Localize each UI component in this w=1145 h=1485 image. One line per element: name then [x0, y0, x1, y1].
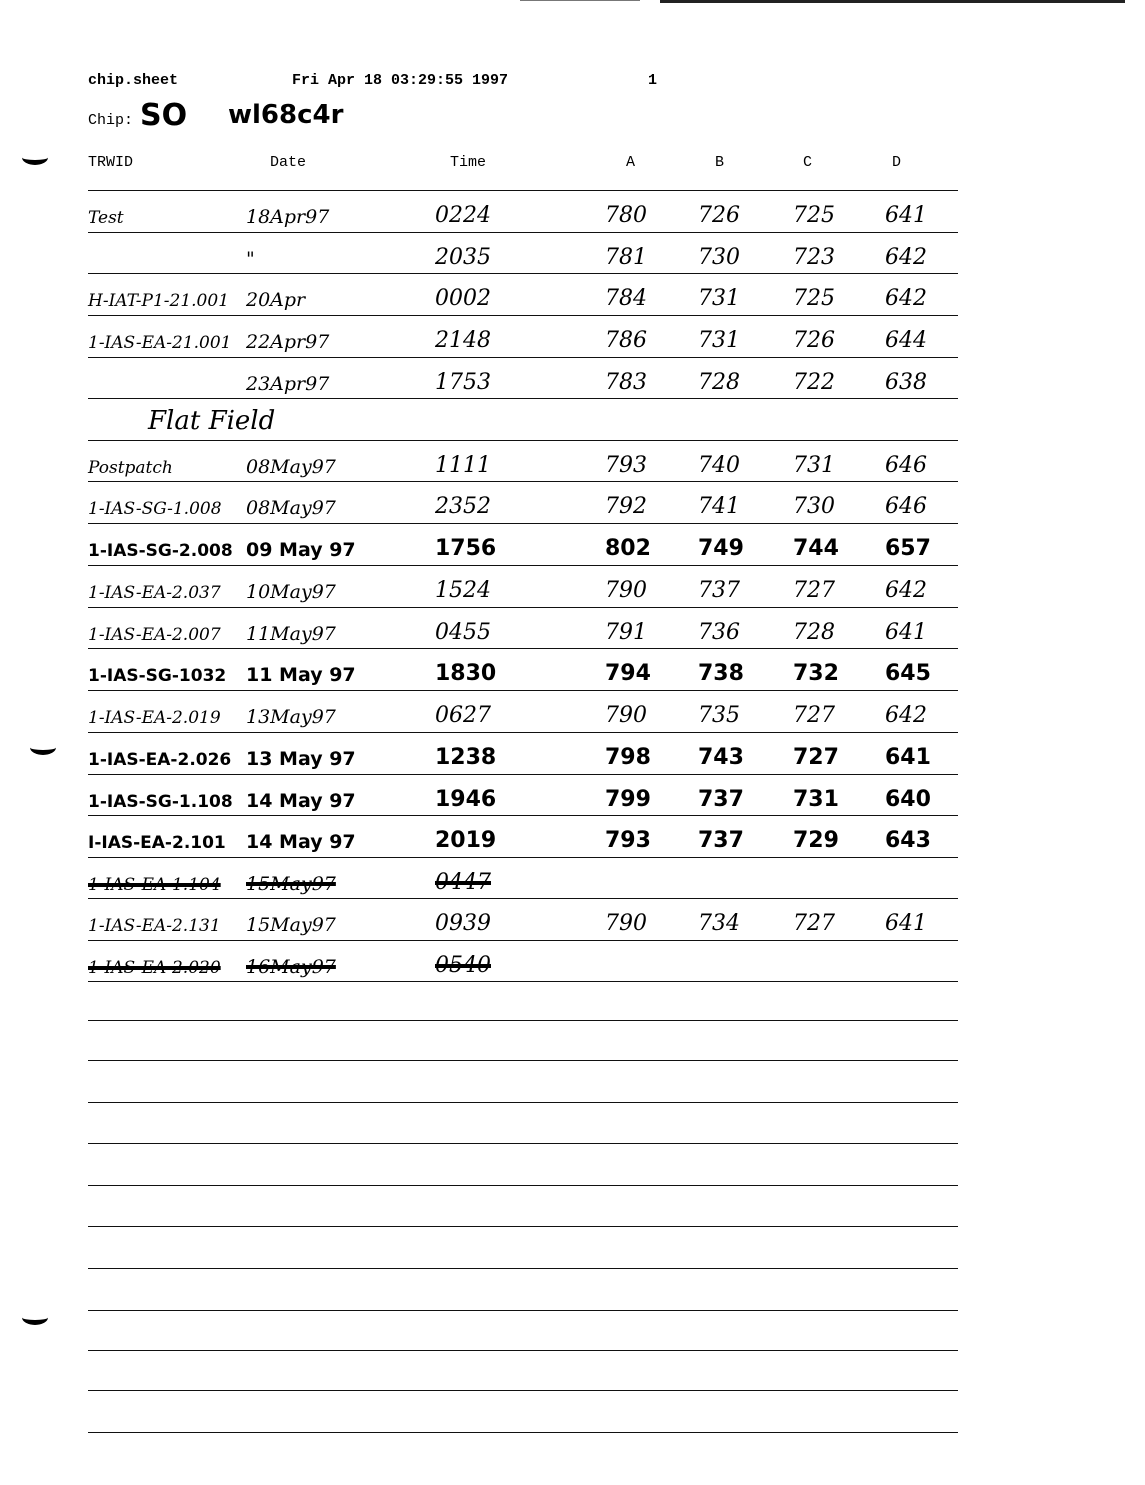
cell-time: 1830 — [435, 661, 496, 686]
cell-trwid: I-IAS-EA-2.101 — [88, 833, 226, 853]
cell-date: 08May97 — [246, 456, 336, 478]
cell-trwid: 1-IAS-EA-1.104 — [88, 875, 221, 895]
cell-a: 793 — [605, 453, 647, 478]
cell-c: 725 — [793, 203, 835, 228]
table-row: 1-IAS-EA-2.13115May970939790734727641 — [88, 900, 968, 940]
cell-a: 783 — [605, 370, 647, 395]
table-row: 1-IAS-EA-1.10415May970447 — [88, 859, 968, 899]
ruled-line — [88, 940, 958, 941]
cell-a: 798 — [605, 745, 651, 770]
ruled-line — [88, 1143, 958, 1144]
ruled-line — [88, 1268, 958, 1269]
cell-d: 641 — [885, 620, 927, 645]
ruled-line — [88, 1226, 958, 1227]
cell-a: 794 — [605, 661, 651, 686]
cell-c: 731 — [793, 453, 835, 478]
cell-date: 09 May 97 — [246, 539, 356, 561]
cell-c: 727 — [793, 703, 835, 728]
cell-date: 23Apr97 — [246, 373, 329, 395]
cell-a: 790 — [605, 911, 647, 936]
cell-a: 790 — [605, 703, 647, 728]
cell-b: 735 — [698, 703, 740, 728]
col-header-a: A — [626, 154, 635, 171]
cell-c: 726 — [793, 328, 835, 353]
table-row: 1-IAS-SG-1.00808May972352792741730646 — [88, 483, 968, 523]
cell-c: 729 — [793, 828, 839, 853]
ruled-line — [88, 1390, 958, 1391]
cell-a: 791 — [605, 620, 647, 645]
table-row: 1-IAS-SG-2.00809 May 971756802749744657 — [88, 525, 968, 565]
cell-d: 638 — [885, 370, 927, 395]
table-row: "2035781730723642 — [88, 234, 968, 274]
scan-edge-left — [520, 0, 640, 1]
ruled-line — [88, 190, 958, 191]
table-row: 1-IAS-SG-103211 May 971830794738732645 — [88, 650, 968, 690]
cell-d: 644 — [885, 328, 927, 353]
cell-trwid: 1-IAS-EA-2.131 — [88, 916, 221, 936]
col-header-trwid: TRWID — [88, 154, 133, 171]
ruled-line — [88, 523, 958, 524]
cell-b: 731 — [698, 328, 740, 353]
col-header-c: C — [803, 154, 812, 171]
ruled-line — [88, 1102, 958, 1103]
chip-label: Chip: — [88, 112, 133, 129]
cell-d: 657 — [885, 536, 931, 561]
cell-trwid: 1-IAS-SG-1032 — [88, 666, 226, 686]
scan-edge-right — [660, 0, 1125, 3]
cell-date: 20Apr — [246, 289, 305, 311]
cell-date: 13May97 — [246, 706, 336, 728]
ruled-line — [88, 1060, 958, 1061]
cell-b: 737 — [698, 828, 744, 853]
table-row: 1-IAS-EA-2.00711May970455791736728641 — [88, 609, 968, 649]
cell-b: 749 — [698, 536, 744, 561]
cell-date: 10May97 — [246, 581, 336, 603]
cell-date: " — [246, 248, 255, 270]
cell-date: 18Apr97 — [246, 206, 329, 228]
cell-date: 14 May 97 — [246, 831, 356, 853]
cell-d: 645 — [885, 661, 931, 686]
cell-c: 727 — [793, 578, 835, 603]
cell-time: 0540 — [435, 953, 491, 978]
cell-c: 727 — [793, 911, 835, 936]
ruled-line — [88, 1020, 958, 1021]
table-row: 1-IAS-EA-2.01913May970627790735727642 — [88, 692, 968, 732]
col-header-time: Time — [450, 154, 486, 171]
cell-date: 22Apr97 — [246, 331, 329, 353]
ruled-line — [88, 774, 958, 775]
ruled-line — [88, 1310, 958, 1311]
table-row: Test18Apr970224780726725641 — [88, 192, 968, 232]
cell-date: 16May97 — [246, 956, 336, 978]
table-row: 1-IAS-EA-21.00122Apr972148786731726644 — [88, 317, 968, 357]
cell-c: 744 — [793, 536, 839, 561]
ruled-line — [88, 357, 958, 358]
cell-date: 15May97 — [246, 873, 336, 895]
ruled-line — [88, 732, 958, 733]
cell-a: 780 — [605, 203, 647, 228]
print-timestamp: Fri Apr 18 03:29:55 1997 — [292, 72, 508, 89]
cell-b: 743 — [698, 745, 744, 770]
cell-d: 641 — [885, 203, 927, 228]
table-row: 23Apr971753783728722638 — [88, 359, 968, 399]
col-header-date: Date — [270, 154, 306, 171]
table-row: 1-IAS-EA-2.03710May971524790737727642 — [88, 567, 968, 607]
cell-c: 725 — [793, 286, 835, 311]
table-row: H-IAT-P1-21.00120Apr0002784731725642 — [88, 275, 968, 315]
cell-b: 741 — [698, 494, 740, 519]
cell-time: 1756 — [435, 536, 496, 561]
ruled-line — [88, 440, 958, 441]
cell-time: 2035 — [435, 245, 491, 270]
cell-b: 734 — [698, 911, 740, 936]
cell-time: 1946 — [435, 787, 496, 812]
cell-a: 793 — [605, 828, 651, 853]
cell-time: 1238 — [435, 745, 496, 770]
cell-a: 790 — [605, 578, 647, 603]
cell-a: 784 — [605, 286, 647, 311]
cell-time: 1753 — [435, 370, 491, 395]
cell-c: 722 — [793, 370, 835, 395]
cell-trwid: Postpatch — [88, 458, 173, 478]
cell-trwid: 1-IAS-SG-1.108 — [88, 792, 233, 812]
cell-d: 642 — [885, 703, 927, 728]
cell-a: 799 — [605, 787, 651, 812]
cell-time: 2019 — [435, 828, 496, 853]
binder-mark-icon — [22, 1310, 48, 1325]
ruled-line — [88, 1350, 958, 1351]
cell-trwid: 1-IAS-EA-2.019 — [88, 708, 221, 728]
cell-c: 727 — [793, 745, 839, 770]
cell-trwid: 1-IAS-EA-2.020 — [88, 958, 221, 978]
cell-b: 736 — [698, 620, 740, 645]
cell-time: 0455 — [435, 620, 491, 645]
cell-time: 0939 — [435, 911, 491, 936]
binder-mark-icon — [22, 150, 48, 165]
chip-value: SO — [140, 98, 187, 133]
cell-d: 641 — [885, 911, 927, 936]
col-header-b: B — [715, 154, 724, 171]
cell-time: 0002 — [435, 286, 491, 311]
cell-b: 730 — [698, 245, 740, 270]
cell-trwid: 1-IAS-EA-21.001 — [88, 333, 231, 353]
binder-mark-icon — [30, 740, 56, 755]
cell-d: 643 — [885, 828, 931, 853]
page-number: 1 — [648, 72, 657, 89]
section-row: Flat Field — [88, 400, 968, 440]
cell-time: 0447 — [435, 870, 491, 895]
cell-d: 642 — [885, 286, 927, 311]
cell-b: 731 — [698, 286, 740, 311]
cell-c: 723 — [793, 245, 835, 270]
cell-b: 737 — [698, 578, 740, 603]
cell-d: 640 — [885, 787, 931, 812]
cell-d: 646 — [885, 453, 927, 478]
cell-time: 0224 — [435, 203, 491, 228]
cell-date: 08May97 — [246, 497, 336, 519]
cell-d: 641 — [885, 745, 931, 770]
ruled-line — [88, 1185, 958, 1186]
cell-a: 781 — [605, 245, 647, 270]
cell-a: 792 — [605, 494, 647, 519]
cell-date: 11 May 97 — [246, 664, 356, 686]
cell-d: 646 — [885, 494, 927, 519]
cell-trwid: 1-IAS-EA-2.007 — [88, 625, 221, 645]
cell-trwid: H-IAT-P1-21.001 — [88, 291, 229, 311]
cell-trwid: Test — [88, 208, 124, 228]
cell-date: 15May97 — [246, 914, 336, 936]
table-row: Postpatch08May971111793740731646 — [88, 442, 968, 482]
cell-b: 737 — [698, 787, 744, 812]
file-name: chip.sheet — [88, 72, 178, 89]
section-label: Flat Field — [148, 406, 275, 436]
cell-a: 802 — [605, 536, 651, 561]
cell-trwid: 1-IAS-EA-2.026 — [88, 750, 231, 770]
cell-date: 13 May 97 — [246, 748, 356, 770]
ruled-line — [88, 1432, 958, 1433]
col-header-d: D — [892, 154, 901, 171]
cell-trwid: 1-IAS-EA-2.037 — [88, 583, 221, 603]
cell-time: 0627 — [435, 703, 491, 728]
table-row: 1-IAS-EA-2.02613 May 971238798743727641 — [88, 734, 968, 774]
cell-date: 11May97 — [246, 623, 336, 645]
ruled-line — [88, 690, 958, 691]
table-row: I-IAS-EA-2.10114 May 972019793737729643 — [88, 817, 968, 857]
cell-b: 728 — [698, 370, 740, 395]
cell-b: 738 — [698, 661, 744, 686]
cell-c: 730 — [793, 494, 835, 519]
cell-time: 1524 — [435, 578, 491, 603]
cell-trwid: 1-IAS-SG-2.008 — [88, 541, 233, 561]
cell-d: 642 — [885, 245, 927, 270]
cell-date: 14 May 97 — [246, 790, 356, 812]
cell-c: 731 — [793, 787, 839, 812]
cell-time: 2352 — [435, 494, 491, 519]
cell-b: 740 — [698, 453, 740, 478]
ruled-line — [88, 232, 958, 233]
table-row: 1-IAS-SG-1.10814 May 971946799737731640 — [88, 776, 968, 816]
cell-c: 728 — [793, 620, 835, 645]
ruled-line — [88, 857, 958, 858]
ruled-line — [88, 607, 958, 608]
cell-a: 786 — [605, 328, 647, 353]
cell-time: 2148 — [435, 328, 491, 353]
ruled-line — [88, 315, 958, 316]
cell-b: 726 — [698, 203, 740, 228]
cell-c: 732 — [793, 661, 839, 686]
cell-time: 1111 — [435, 453, 491, 478]
table-row: 1-IAS-EA-2.02016May970540 — [88, 942, 968, 982]
cell-trwid: 1-IAS-SG-1.008 — [88, 499, 222, 519]
ruled-line — [88, 565, 958, 566]
chip-id: wl68c4r — [228, 100, 343, 130]
cell-d: 642 — [885, 578, 927, 603]
